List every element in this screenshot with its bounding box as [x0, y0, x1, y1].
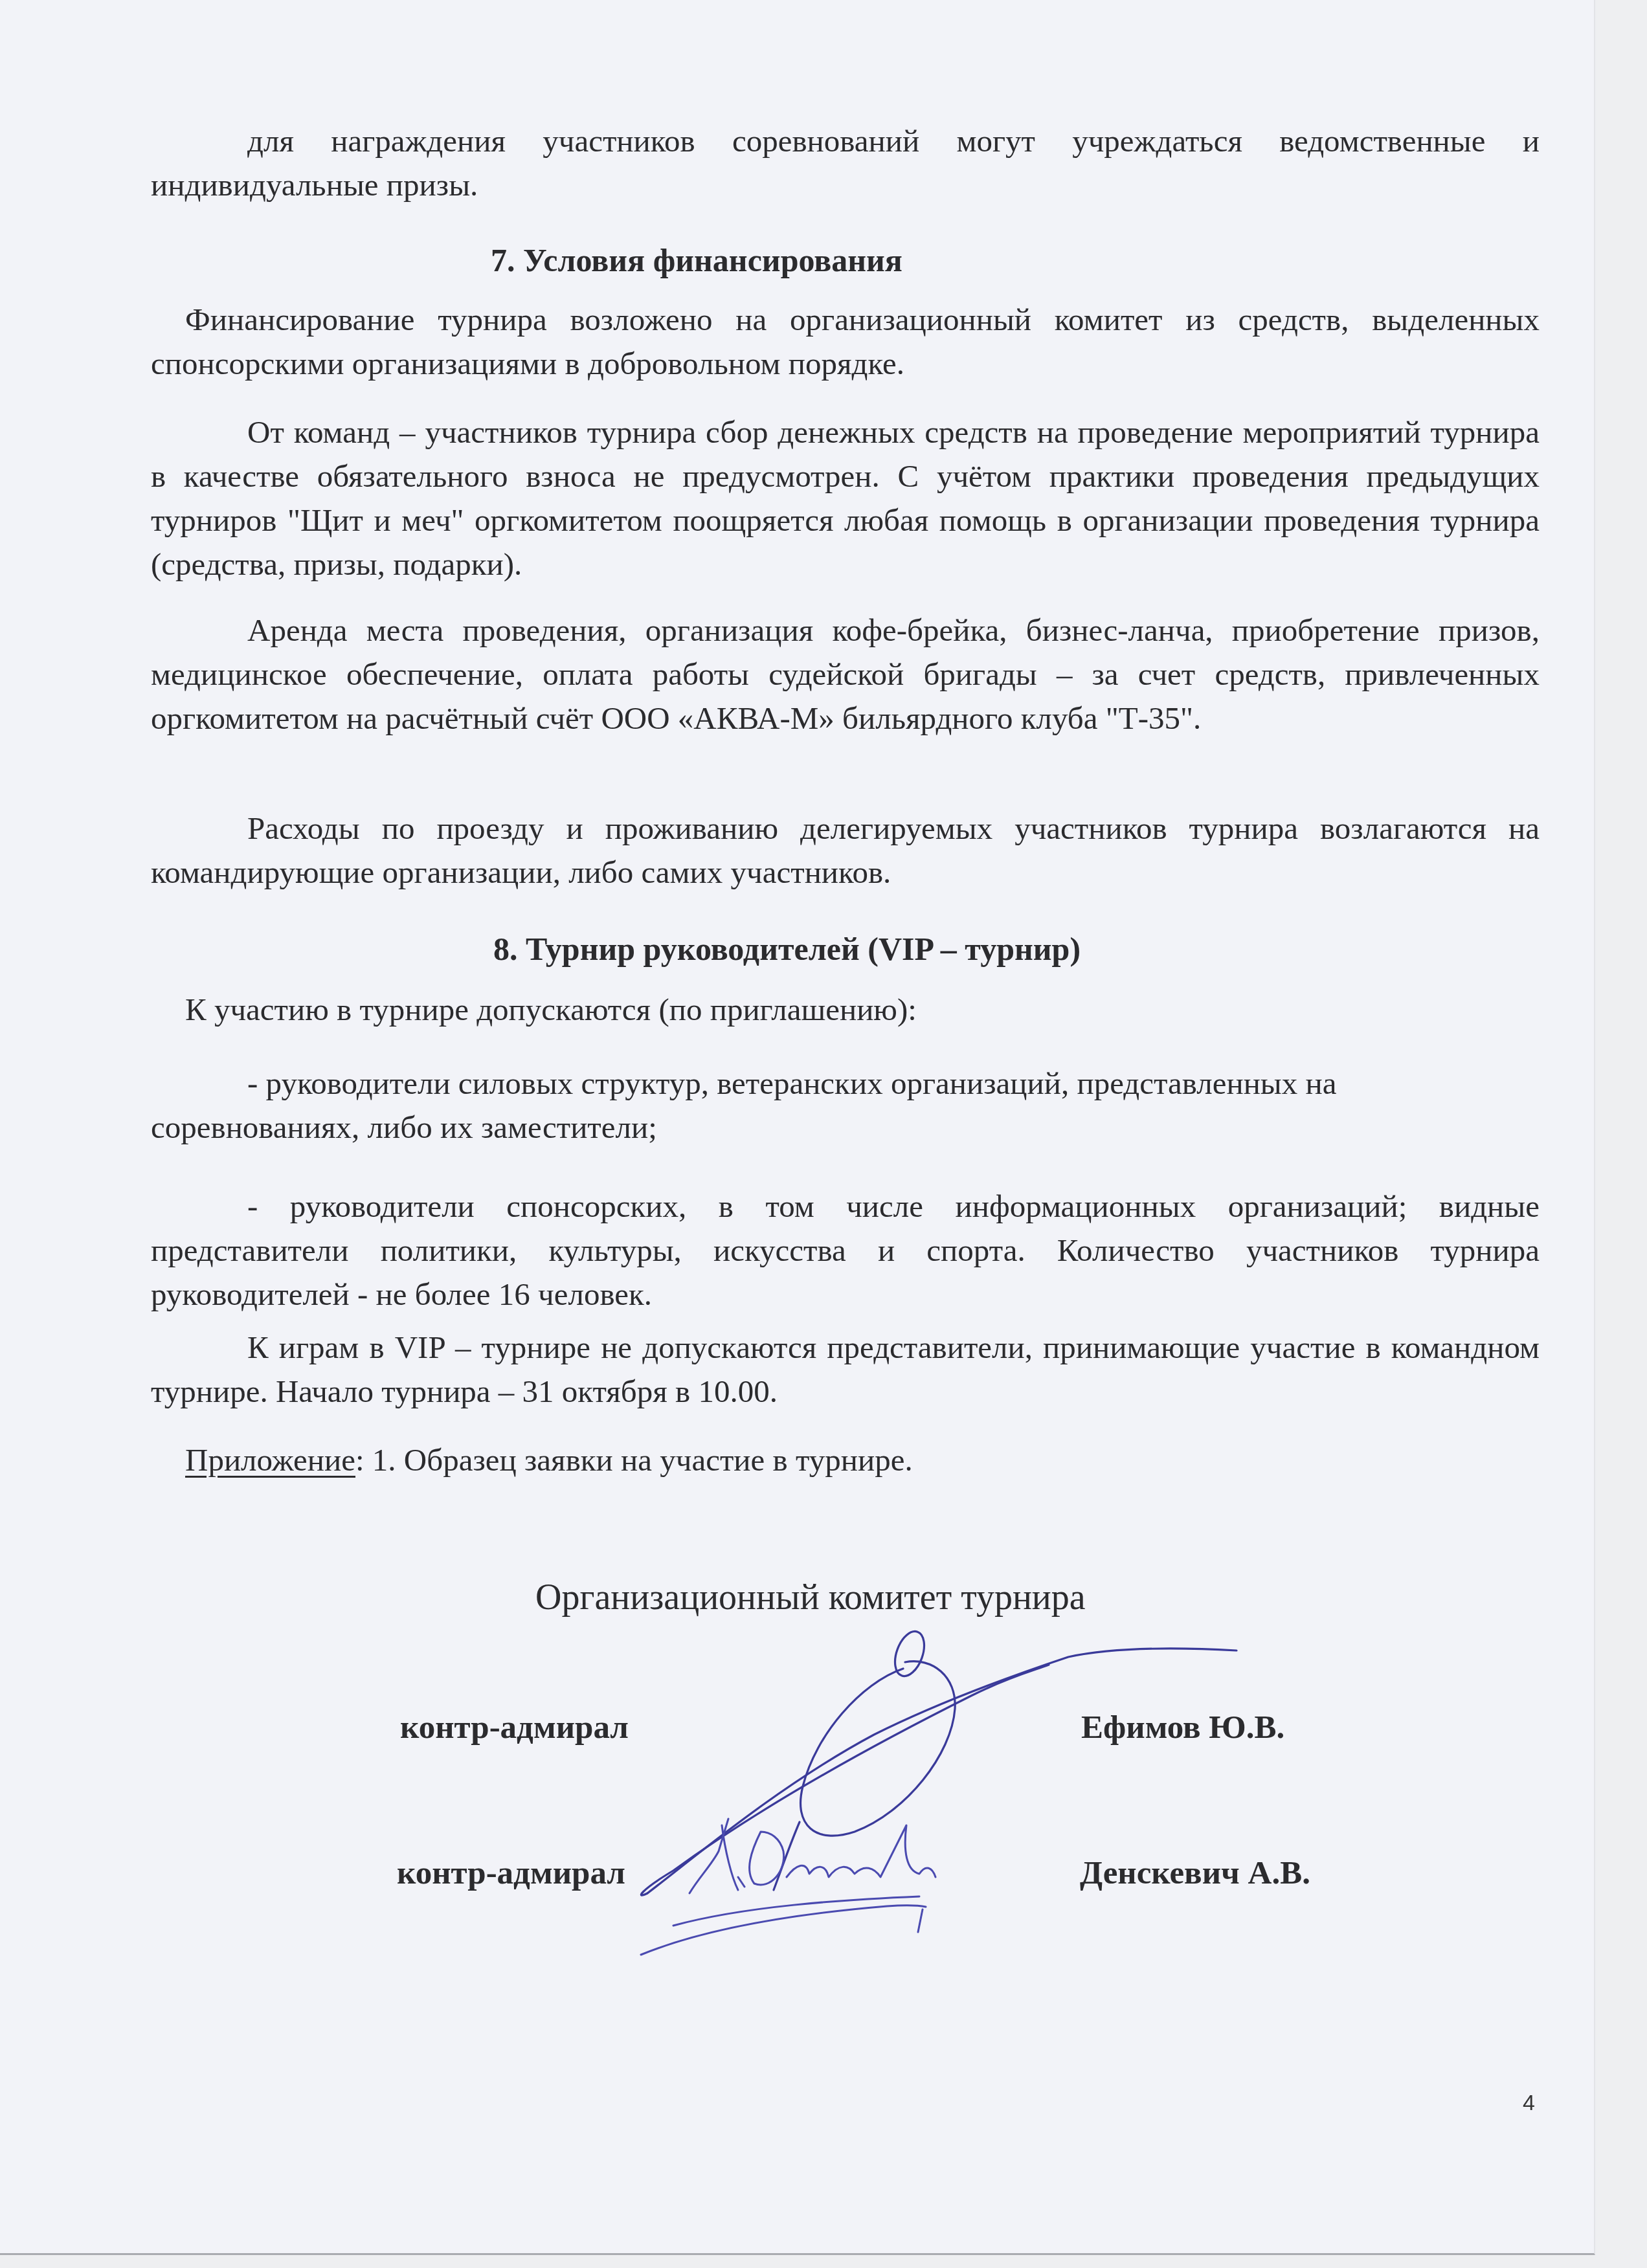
signatory-2-name: Денскевич А.В.	[1080, 1854, 1310, 1892]
section-7-title: 7. Условия финансирования	[491, 238, 902, 282]
section-8-item-2: - руководители спонсорских, в том числе …	[151, 1184, 1540, 1317]
committee-title: Организационный комитет турнира	[535, 1577, 1086, 1618]
signatory-1-rank: контр-адмирал	[400, 1709, 629, 1746]
signatory-1-name: Ефимов Ю.В.	[1081, 1709, 1284, 1746]
appendix-label: Приложение	[185, 1442, 355, 1478]
signatory-2-rank: контр-адмирал	[397, 1854, 625, 1892]
section-7-paragraph-1: Финансирование турнира возложено на орга…	[151, 298, 1540, 386]
section-8-item-1: - руководители силовых структур, ветеран…	[151, 1062, 1540, 1150]
page-number: 4	[1523, 2091, 1535, 2116]
section-7-paragraph-2: От команд – участников турнира сбор дене…	[151, 410, 1540, 586]
section-8-note: К играм в VIP – турнире не допускаются п…	[151, 1326, 1540, 1414]
appendix-text: : 1. Образец заявки на участие в турнире…	[355, 1442, 913, 1478]
appendix-line: Приложение: 1. Образец заявки на участие…	[185, 1438, 1540, 1482]
document-page: для награждения участников соревнований …	[0, 0, 1595, 2255]
section-7-paragraph-3: Аренда места проведения, организация коф…	[151, 608, 1540, 740]
section-8-title: 8. Турнир руководителей (VIP – турнир)	[493, 927, 1081, 971]
continuation-paragraph: для награждения участников соревнований …	[151, 119, 1540, 207]
section-7-paragraph-4: Расходы по проезду и проживанию делегиру…	[151, 806, 1540, 895]
section-8-intro: К участию в турнире допускаются (по приг…	[151, 988, 1540, 1032]
